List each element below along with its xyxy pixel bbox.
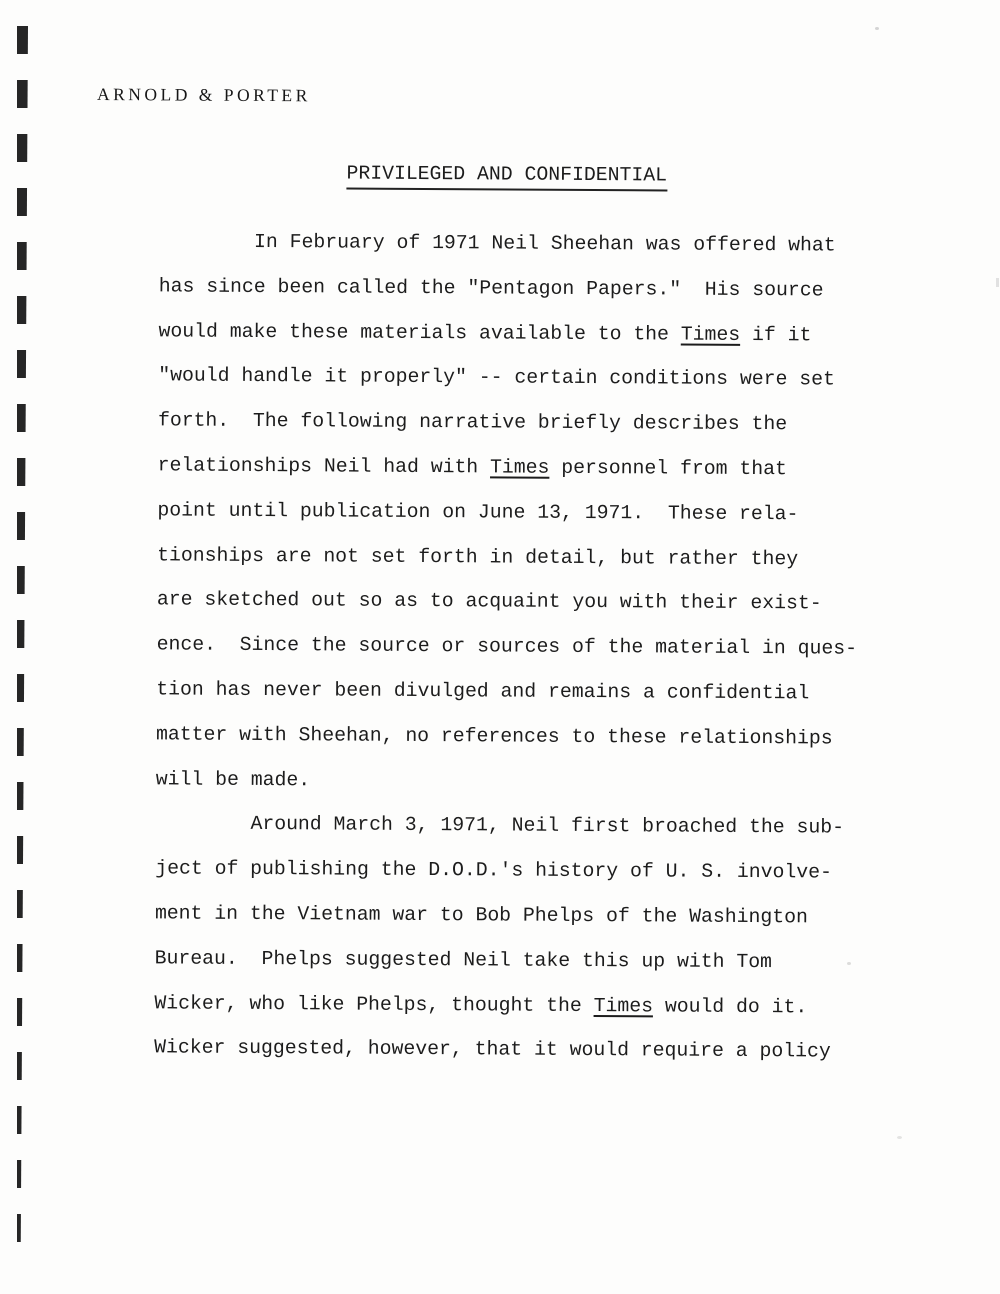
paragraph: In February of 1971 Neil Sheehan was off…: [156, 219, 860, 806]
text-line: In February of 1971 Neil Sheehan was off…: [159, 219, 860, 268]
text-segment: Wicker, who like Phelps, thought the: [154, 992, 593, 1017]
text-segment: tion has never been divulged and remains…: [156, 678, 809, 704]
text-segment: ment in the Vietnam war to Bob Phelps of…: [155, 902, 808, 928]
text-line: tionships are not set forth in detail, b…: [157, 533, 858, 582]
underlined-text: Times: [594, 995, 653, 1017]
document-title: PRIVILEGED AND CONFIDENTIAL: [346, 163, 667, 192]
text-line: will be made.: [156, 757, 857, 806]
text-segment: relationships Neil had with: [158, 454, 491, 478]
text-line: matter with Sheehan, no references to th…: [156, 712, 857, 761]
text-segment: matter with Sheehan, no references to th…: [156, 723, 833, 749]
paragraph: Around March 3, 1971, Neil first broache…: [154, 802, 856, 1075]
text-line: Wicker suggested, however, that it would…: [154, 1026, 855, 1075]
text-segment: personnel from that: [549, 457, 787, 480]
text-line: ject of publishing the D.O.D.'s history …: [155, 847, 856, 896]
text-segment: if it: [740, 324, 811, 346]
document-body: In February of 1971 Neil Sheehan was off…: [154, 219, 860, 1074]
text-line: point until publication on June 13, 1971…: [157, 488, 858, 537]
text-line: Around March 3, 1971, Neil first broache…: [155, 802, 856, 851]
letterhead: ARNOLD & PORTER: [97, 84, 311, 106]
text-segment: will be made.: [156, 768, 310, 791]
text-segment: "would handle it properly" -- certain co…: [158, 365, 835, 391]
scanned-page: ARNOLD & PORTER PRIVILEGED AND CONFIDENT…: [0, 0, 1000, 1294]
underlined-text: Times: [490, 456, 549, 478]
text-line: ence. Since the source or sources of the…: [156, 623, 857, 672]
text-line: tion has never been divulged and remains…: [156, 667, 857, 716]
text-line: has since been called the "Pentagon Pape…: [159, 264, 860, 313]
page-content: ARNOLD & PORTER PRIVILEGED AND CONFIDENT…: [0, 0, 1000, 1294]
text-segment: has since been called the "Pentagon Pape…: [159, 275, 824, 301]
page-edge-artifact: [996, 278, 999, 287]
text-segment: are sketched out so as to acquaint you w…: [157, 589, 822, 615]
text-segment: ject of publishing the D.O.D.'s history …: [155, 858, 832, 884]
text-segment: would make these materials available to …: [158, 320, 680, 345]
text-line: are sketched out so as to acquaint you w…: [157, 578, 858, 627]
text-segment: Bureau. Phelps suggested Neil take this …: [155, 947, 772, 973]
text-line: Bureau. Phelps suggested Neil take this …: [155, 936, 856, 985]
scan-speck: [875, 27, 879, 30]
text-line: forth. The following narrative briefly d…: [158, 399, 859, 448]
text-segment: forth. The following narrative briefly d…: [158, 410, 787, 436]
text-line: Wicker, who like Phelps, thought the Tim…: [154, 981, 855, 1030]
text-line: ment in the Vietnam war to Bob Phelps of…: [155, 891, 856, 940]
text-segment: Wicker suggested, however, that it would…: [154, 1037, 831, 1063]
text-segment: point until publication on June 13, 1971…: [157, 499, 798, 525]
text-segment: In February of 1971 Neil Sheehan was off…: [159, 230, 836, 256]
text-segment: ence. Since the source or sources of the…: [157, 634, 857, 660]
text-line: "would handle it properly" -- certain co…: [158, 354, 859, 403]
text-line: relationships Neil had with Times person…: [158, 443, 859, 492]
text-segment: would do it.: [653, 995, 807, 1018]
text-segment: tionships are not set forth in detail, b…: [157, 544, 798, 570]
scan-speck: [897, 1136, 902, 1139]
scan-speck: [847, 962, 851, 965]
underlined-text: Times: [681, 323, 740, 345]
text-segment: Around March 3, 1971, Neil first broache…: [155, 813, 844, 839]
text-line: would make these materials available to …: [158, 309, 859, 358]
